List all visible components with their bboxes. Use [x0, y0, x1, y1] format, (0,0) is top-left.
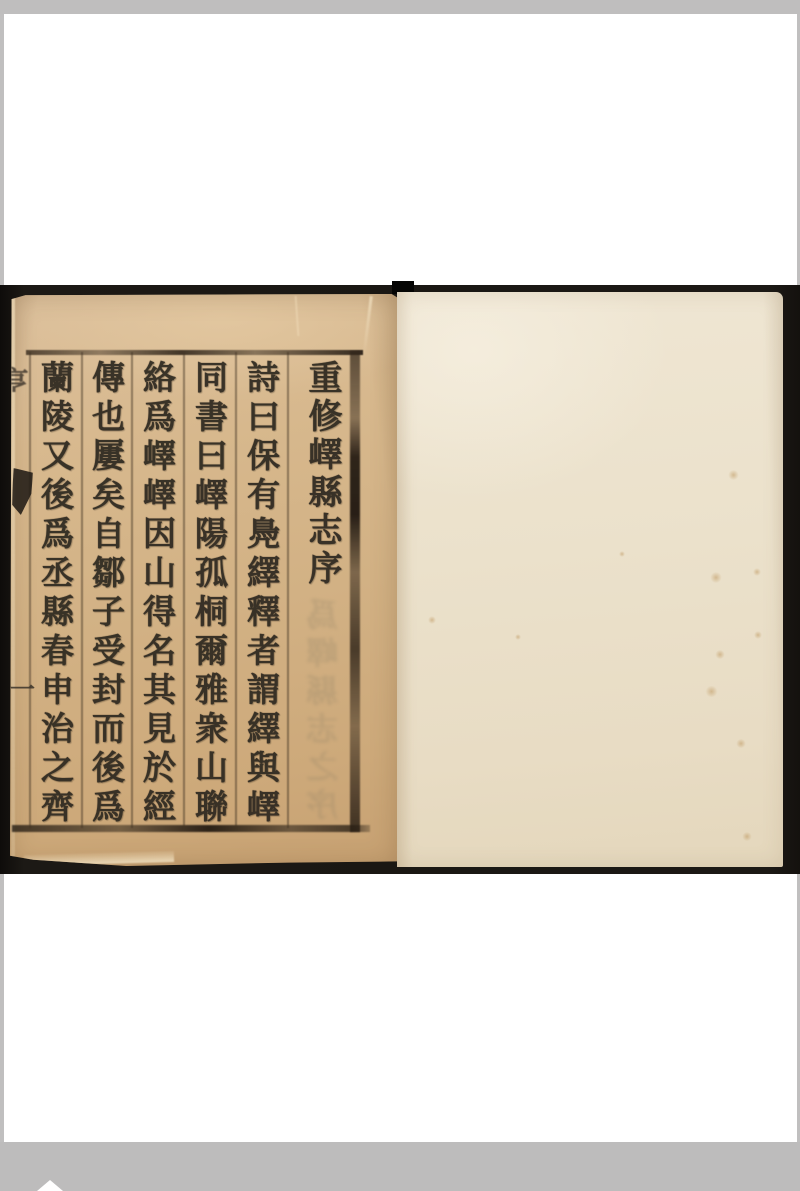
folding-column-rule	[29, 352, 31, 828]
title-column: 重修嶧縣志序	[300, 360, 344, 600]
foxing-spot	[619, 551, 625, 557]
text-column-2: 同書曰嶧陽孤桐爾雅衆山聯	[187, 360, 231, 834]
foxing-spot	[754, 631, 762, 639]
foxing-spot	[710, 572, 722, 583]
text-column-5: 蘭陵又後爲丞縣春申治之齊	[33, 360, 77, 834]
foxing-spot	[428, 616, 436, 624]
foxing-spot	[515, 634, 521, 640]
text-column-4: 傳也屢矣自鄒子受封而後爲	[84, 360, 128, 834]
foxing-spot	[753, 568, 761, 576]
foxing-spot	[728, 470, 739, 480]
foxing-spot	[742, 832, 752, 841]
viewer-bottom-strip	[0, 1142, 800, 1191]
foxing-spot	[715, 650, 725, 659]
scan-canvas: 重修嶧縣志序 詩曰保有鳧繹釋者謂繹與嶧 同書曰嶧陽孤桐爾雅衆山聯 絡爲嶧嶧因山得…	[0, 0, 800, 1191]
column-rule	[287, 352, 289, 828]
viewer-top-strip	[0, 0, 800, 14]
text-column-1: 詩曰保有鳧繹釋者謂繹與嶧	[239, 360, 283, 834]
text-column-3: 絡爲嶧嶧因山得名其見於經	[135, 360, 179, 834]
text-frame-top-rule	[26, 350, 363, 355]
right-page	[397, 292, 783, 867]
folio-page-number: 一	[10, 670, 36, 696]
paper-crease	[295, 296, 300, 336]
left-page: 重修嶧縣志序 詩曰保有鳧繹釋者謂繹與嶧 同書曰嶧陽孤桐爾雅衆山聯 絡爲嶧嶧因山得…	[10, 294, 397, 866]
foxing-spot	[705, 686, 718, 697]
ghost-bleedthrough-text: 爲嶧縣志之序	[302, 598, 346, 830]
column-rule	[183, 352, 185, 828]
folding-column-partial-character: 亨	[10, 358, 29, 392]
column-rule	[131, 352, 133, 828]
column-rule	[235, 352, 237, 828]
column-rule	[81, 352, 83, 828]
foxing-spot	[736, 739, 746, 748]
paper-crease	[362, 296, 373, 358]
text-frame-right-rule	[350, 351, 360, 832]
